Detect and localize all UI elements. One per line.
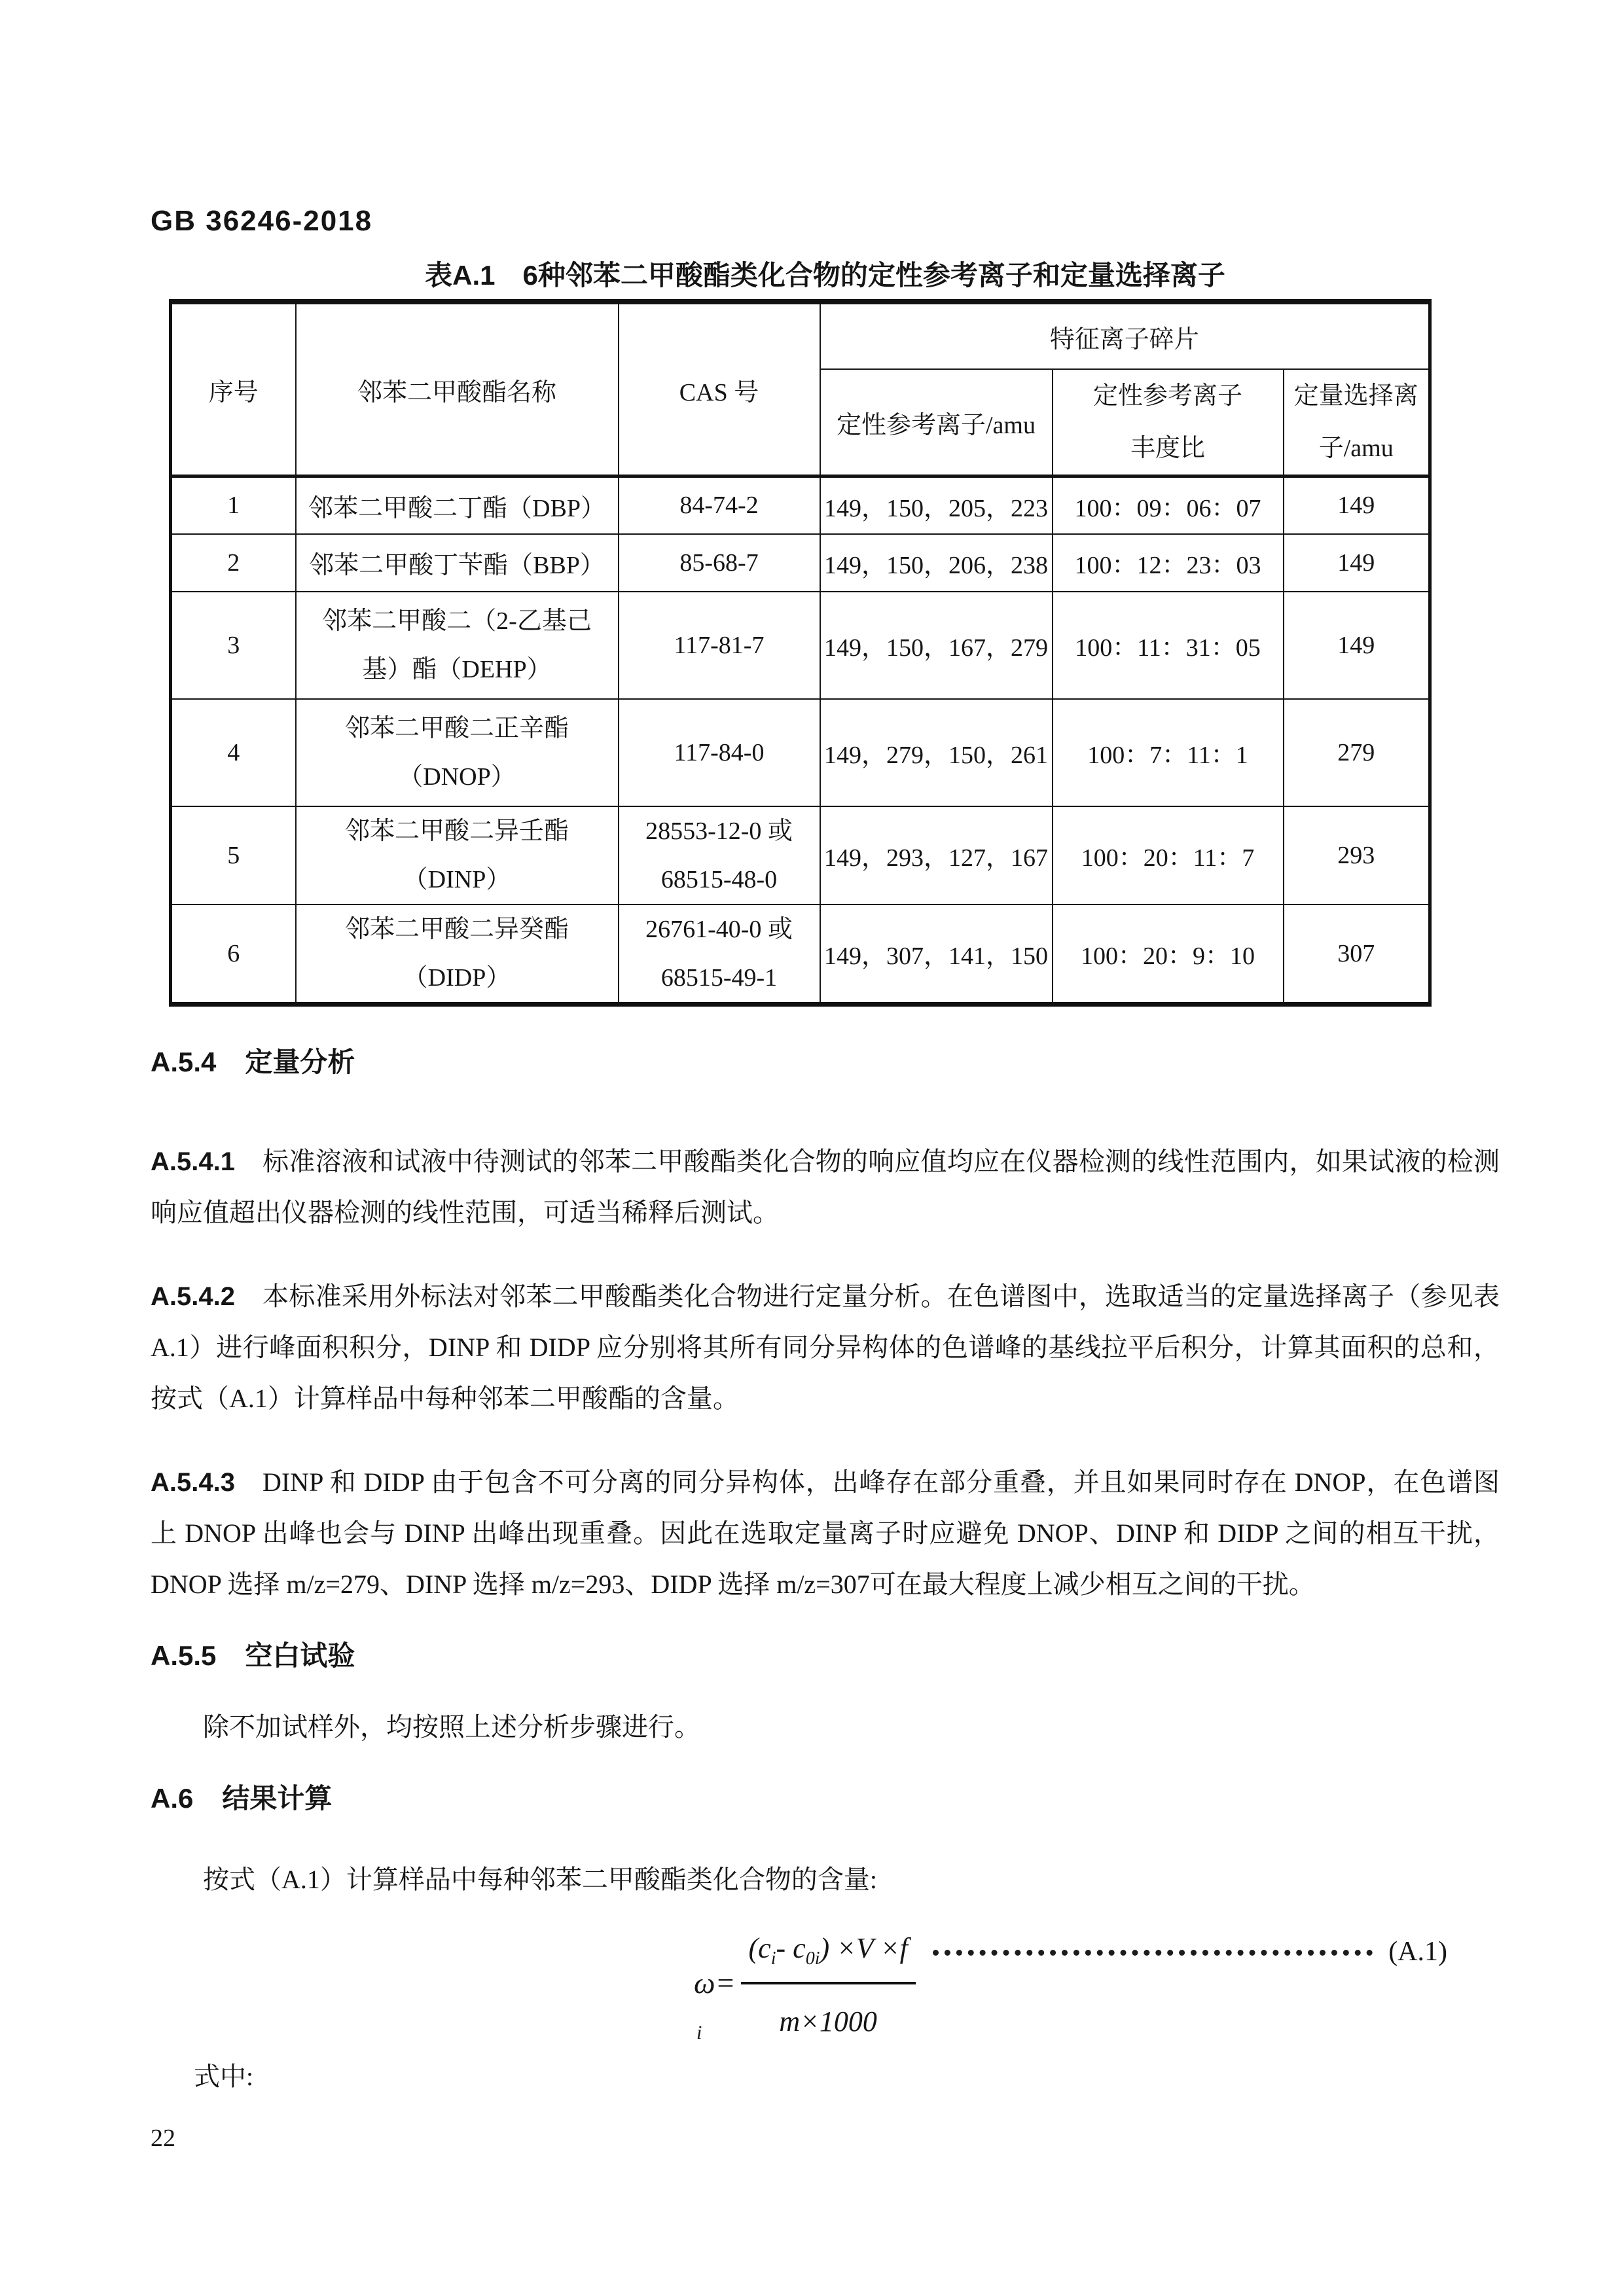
cell-index: 2 (171, 534, 296, 592)
col-header-name: 邻苯二甲酸酯名称 (296, 302, 619, 476)
cell-quant: 149 (1284, 476, 1430, 534)
cell-cas-line: 26761-40-0 或 (619, 905, 820, 954)
cell-index: 5 (171, 806, 296, 905)
cell-quant: 307 (1284, 905, 1430, 1005)
cell-quant: 149 (1284, 534, 1430, 592)
section-number: A.6 (151, 1783, 193, 1814)
col-header-quant-line2: 子/amu (1284, 422, 1429, 475)
table-title-label: 表A.1 (425, 260, 495, 291)
cell-name-line: 基）酯（DEHP） (297, 645, 618, 694)
cell-name: 邻苯二甲酸二异壬酯 （DINP） (296, 806, 619, 905)
cell-ions: 149，150，167，279 (820, 592, 1053, 699)
standard-number: GB 36246-2018 (151, 206, 1500, 236)
cell-name-line: （DIDP） (297, 954, 618, 1002)
col-header-cas: CAS 号 (619, 302, 820, 476)
cell-name-line: 邻苯二甲酸二异癸酯 (297, 905, 618, 954)
cell-ions: 149，150，205，223 (820, 476, 1053, 534)
cell-ratio: 100：11：31：05 (1053, 592, 1284, 699)
cell-cas-line: 68515-49-1 (619, 954, 820, 1002)
paragraph-a6-intro: 按式（A.1）计算样品中每种邻苯二甲酸酯类化合物的含量: (151, 1854, 1500, 1905)
col-header-quant-ion: 定量选择离 子/amu (1284, 369, 1430, 476)
cell-ratio: 100：20：9：10 (1053, 905, 1284, 1005)
section-number: A.5.4 (151, 1047, 216, 1077)
clause-text: DINP 和 DIDP 由于包含不可分离的同分异构体，出峰存在部分重叠，并且如果… (151, 1467, 1500, 1599)
clause-text: 本标准采用外标法对邻苯二甲酸酯类化合物进行定量分析。在色谱图中，选取适当的定量选… (151, 1282, 1500, 1413)
cell-name: 邻苯二甲酸二异癸酯 （DIDP） (296, 905, 619, 1005)
cell-cas: 117-81-7 (619, 592, 820, 699)
paragraph-a5-4-1: A.5.4.1标准溶液和试液中待测试的邻苯二甲酸酯类化合物的响应值均应在仪器检测… (151, 1136, 1500, 1238)
cell-ratio: 100：7：11：1 (1053, 699, 1284, 806)
table-row: 1 邻苯二甲酸二丁酯（DBP） 84-74-2 149，150，205，223 … (171, 476, 1430, 534)
section-title: 结果计算 (222, 1783, 332, 1814)
table-title: 表A.16种邻苯二甲酸酯类化合物的定性参考离子和定量选择离子 (151, 260, 1500, 291)
clause-number: A.5.4.2 (151, 1282, 235, 1311)
where-clause-label: 式中: (151, 2057, 1500, 2096)
cell-name: 邻苯二甲酸二（2-乙基己 基）酯（DEHP） (296, 592, 619, 699)
equation-lhs: ω=i (694, 1968, 736, 2043)
table-row: 3 邻苯二甲酸二（2-乙基己 基）酯（DEHP） 117-81-7 149，15… (171, 592, 1430, 699)
cell-ratio: 100：12：23：03 (1053, 534, 1284, 592)
equation-denominator: m×1000 (779, 2004, 876, 2039)
cell-name-line: 邻苯二甲酸二异壬酯 (297, 807, 618, 855)
cell-cas: 117-84-0 (619, 699, 820, 806)
table-row: 2 邻苯二甲酸丁苄酯（BBP） 85-68-7 149，150，206，238 … (171, 534, 1430, 592)
cell-index: 3 (171, 592, 296, 699)
cell-ratio: 100：09：06：07 (1053, 476, 1284, 534)
paragraph-a5-4-2: A.5.4.2本标准采用外标法对邻苯二甲酸酯类化合物进行定量分析。在色谱图中，选… (151, 1271, 1500, 1424)
section-title: 定量分析 (245, 1047, 355, 1077)
equation-number: (A.1) (1388, 1935, 1447, 1968)
phthalate-ion-table: 序号 邻苯二甲酸酯名称 CAS 号 特征离子碎片 定性参考离子/amu 定性参考… (169, 299, 1432, 1007)
cell-cas: 85-68-7 (619, 534, 820, 592)
cell-cas-line: 68515-48-0 (619, 855, 820, 904)
section-heading-a6: A.6结果计算 (151, 1782, 1500, 1815)
cell-name: 邻苯二甲酸丁苄酯（BBP） (296, 534, 619, 592)
table-title-text: 6种邻苯二甲酸酯类化合物的定性参考离子和定量选择离子 (522, 260, 1225, 291)
cell-ratio: 100：20：11：7 (1053, 806, 1284, 905)
cell-cas: 26761-40-0 或 68515-49-1 (619, 905, 820, 1005)
cell-name-line: 邻苯二甲酸二（2-乙基己 (297, 597, 618, 645)
cell-name-line: 邻苯二甲酸二正辛酯 (297, 704, 618, 753)
document-page: GB 36246-2018 表A.16种邻苯二甲酸酯类化合物的定性参考离子和定量… (0, 0, 1624, 2296)
cell-name-line: （DNOP） (297, 753, 618, 801)
cell-ions: 149，150，206，238 (820, 534, 1053, 592)
cell-index: 1 (171, 476, 296, 534)
col-header-qual-ion: 定性参考离子/amu (820, 369, 1053, 476)
col-header-quant-line1: 定量选择离 (1284, 370, 1429, 422)
equation-dot-leader (933, 1950, 1373, 1956)
section-heading-a5-4: A.5.4定量分析 (151, 1046, 1500, 1079)
section-title: 空白试验 (245, 1640, 355, 1671)
clause-number: A.5.4.3 (151, 1468, 235, 1497)
paragraph-a5-5: 除不加试样外，均按照上述分析步骤进行。 (151, 1702, 1500, 1753)
cell-name: 邻苯二甲酸二正辛酯 （DNOP） (296, 699, 619, 806)
cell-name-line: （DINP） (297, 855, 618, 904)
equation-a1: ω=i (ci- c0i) ×V ×f m×1000 (A.1) (151, 1930, 1500, 2043)
col-header-ratio-line1: 定性参考离子 (1053, 370, 1283, 422)
table-row: 4 邻苯二甲酸二正辛酯 （DNOP） 117-84-0 149，279，150，… (171, 699, 1430, 806)
col-header-fragment-group: 特征离子碎片 (820, 302, 1430, 369)
clause-text: 标准溶液和试液中待测试的邻苯二甲酸酯类化合物的响应值均应在仪器检测的线性范围内，… (151, 1147, 1500, 1227)
clause-number: A.5.4.1 (151, 1147, 235, 1176)
table-row: 5 邻苯二甲酸二异壬酯 （DINP） 28553-12-0 或 68515-48… (171, 806, 1430, 905)
page-content: GB 36246-2018 表A.16种邻苯二甲酸酯类化合物的定性参考离子和定量… (0, 0, 1624, 2154)
col-header-ratio: 定性参考离子 丰度比 (1053, 369, 1284, 476)
cell-cas: 84-74-2 (619, 476, 820, 534)
cell-cas-line: 28553-12-0 或 (619, 807, 820, 855)
cell-index: 6 (171, 905, 296, 1005)
cell-quant: 149 (1284, 592, 1430, 699)
table-row: 6 邻苯二甲酸二异癸酯 （DIDP） 26761-40-0 或 68515-49… (171, 905, 1430, 1005)
cell-quant: 279 (1284, 699, 1430, 806)
section-number: A.5.5 (151, 1640, 216, 1671)
equation-numerator: (ci- c0i) ×V ×f (741, 1930, 916, 1985)
section-heading-a5-5: A.5.5空白试验 (151, 1640, 1500, 1672)
cell-quant: 293 (1284, 806, 1430, 905)
cell-ions: 149，293，127，167 (820, 806, 1053, 905)
cell-index: 4 (171, 699, 296, 806)
cell-ions: 149，279，150，261 (820, 699, 1053, 806)
table-header-row-1: 序号 邻苯二甲酸酯名称 CAS 号 特征离子碎片 (171, 302, 1430, 369)
cell-ions: 149，307，141，150 (820, 905, 1053, 1005)
equation-lhs-subscript: i (696, 2023, 736, 2043)
equation-fraction: (ci- c0i) ×V ×f m×1000 (741, 1930, 916, 2040)
col-header-ratio-line2: 丰度比 (1053, 422, 1283, 475)
cell-name: 邻苯二甲酸二丁酯（DBP） (296, 476, 619, 534)
page-number: 22 (151, 2123, 1500, 2154)
paragraph-a5-4-3: A.5.4.3DINP 和 DIDP 由于包含不可分离的同分异构体，出峰存在部分… (151, 1457, 1500, 1610)
cell-cas: 28553-12-0 或 68515-48-0 (619, 806, 820, 905)
col-header-index: 序号 (171, 302, 296, 476)
